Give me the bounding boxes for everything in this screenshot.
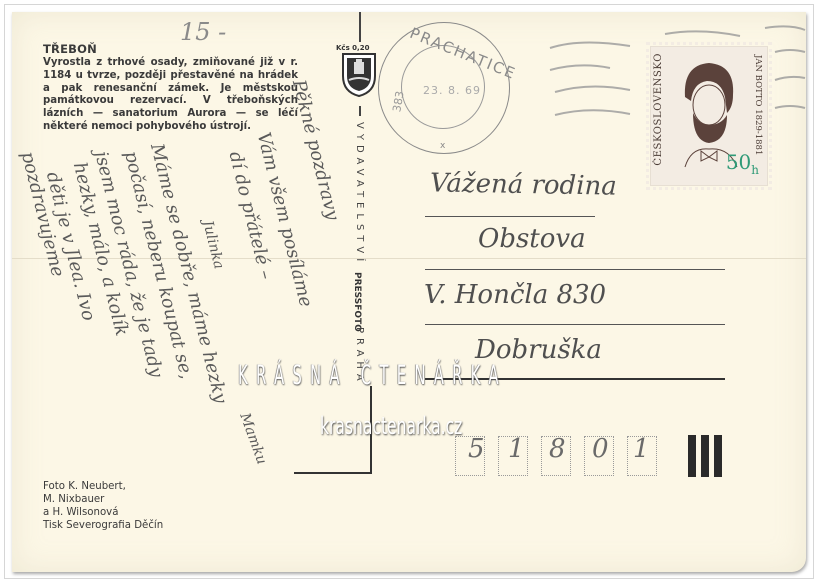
address-street: V. Hončla 830 bbox=[424, 280, 606, 310]
postal-code-digit: 1 bbox=[633, 434, 650, 464]
credit-line: Foto K. Neubert, bbox=[43, 480, 163, 493]
credit-line: a H. Wilsonová bbox=[43, 506, 163, 519]
stamp-country: ČESKOSLOVENSKO bbox=[653, 53, 664, 166]
postmark-mark: x bbox=[440, 141, 445, 151]
publisher-logo: PRESSFOTO bbox=[352, 272, 362, 332]
stamp-value: 50h bbox=[726, 150, 759, 177]
postal-code-digit: 0 bbox=[592, 434, 609, 464]
postal-code-digit: 8 bbox=[549, 434, 566, 464]
address-recipient: Vážená rodina bbox=[430, 168, 617, 201]
stamp-subject: JAN BOTTO 1829-1881 bbox=[753, 55, 763, 155]
price-mark: 15 - bbox=[180, 18, 226, 46]
postage-stamp: ČESKOSLOVENSKO JAN BOTTO 1829-1881 50h bbox=[650, 46, 768, 186]
credit-line: M. Nixbauer bbox=[43, 493, 163, 506]
photo-credits: Foto K. Neubert, M. Nixbauer a H. Wilson… bbox=[43, 480, 163, 532]
address-line bbox=[425, 269, 725, 270]
place-title: TŘEBOŇ bbox=[43, 42, 97, 56]
address-line bbox=[425, 216, 595, 217]
place-description: Vyrostla z trhové osady, zmiňované již v… bbox=[43, 57, 298, 134]
postmark-date: 23. 8. 69 bbox=[423, 84, 481, 97]
address-line bbox=[425, 324, 725, 325]
center-divider-top bbox=[359, 12, 361, 42]
publisher-label: VYDAVATELSTVÍ bbox=[354, 122, 365, 266]
watermark-url: krasnactenarka.cz bbox=[320, 412, 462, 440]
postal-code-digit: 5 bbox=[468, 434, 485, 464]
tourism-shield-icon bbox=[337, 46, 381, 98]
center-divider-mid bbox=[359, 106, 361, 116]
address-name: Obstova bbox=[478, 224, 586, 254]
credit-line: Tisk Severografia Děčín bbox=[43, 519, 163, 532]
postal-code-digit: 1 bbox=[508, 434, 525, 464]
watermark-title: KRÁSNÁ ČTENÁŘKA bbox=[238, 360, 507, 391]
